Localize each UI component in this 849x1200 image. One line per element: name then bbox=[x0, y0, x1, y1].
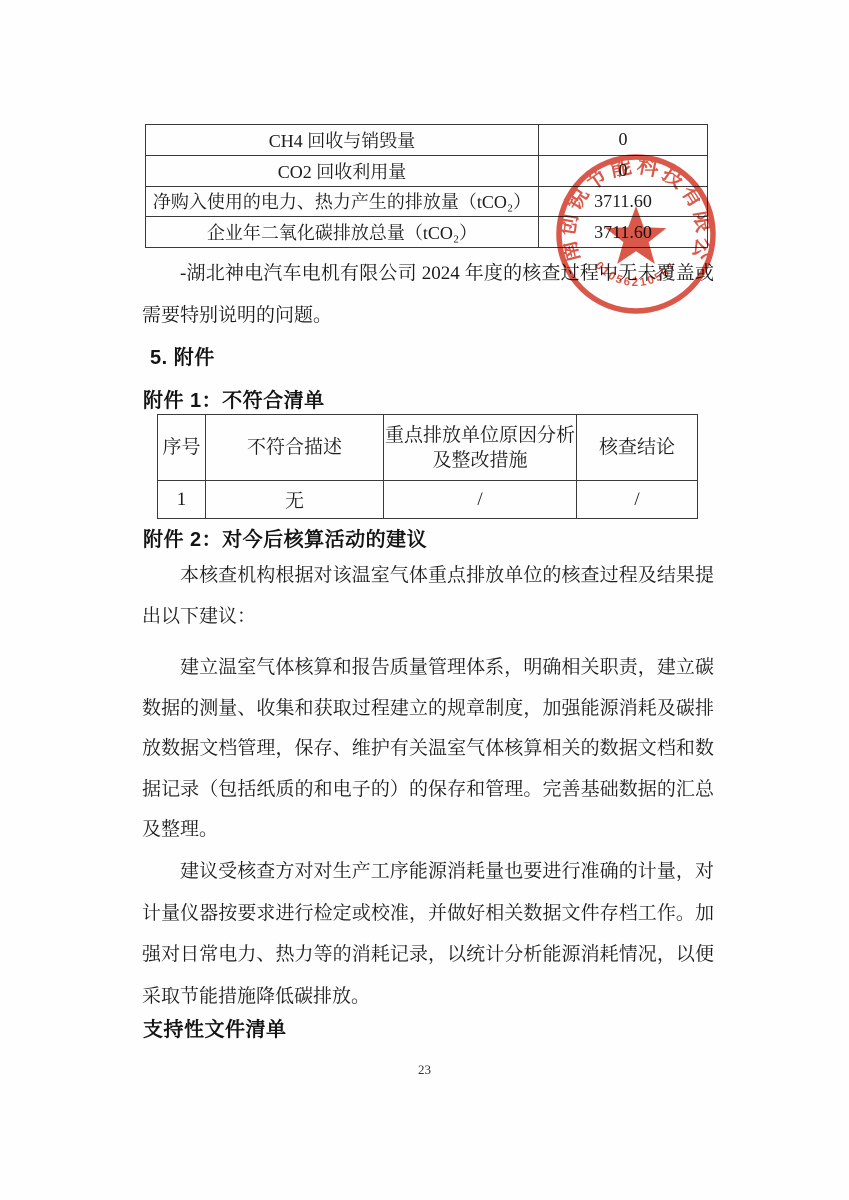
nc-row-conclusion: / bbox=[577, 481, 698, 519]
table-row: CO2 回收利用量 0 bbox=[146, 155, 708, 186]
emission-value-net-electricity-heat: 3711.60 bbox=[539, 186, 708, 217]
nc-col-analysis: 重点排放单位原因分析 及整改措施 bbox=[384, 415, 577, 481]
emission-value-co2-utilization: 0 bbox=[539, 155, 708, 186]
attachment-1-heading: 附件 1：不符合清单 bbox=[143, 384, 325, 413]
section-5-heading: 5. 附件 bbox=[150, 341, 215, 370]
emission-label-co2-utilization: CO2 回收利用量 bbox=[146, 155, 539, 186]
page-number: 23 bbox=[0, 1062, 849, 1078]
nc-col-description: 不符合描述 bbox=[206, 415, 384, 481]
nonconformity-table: 序号 不符合描述 重点排放单位原因分析 及整改措施 核查结论 1 无 / / bbox=[157, 414, 698, 519]
nc-col-conclusion: 核查结论 bbox=[577, 415, 698, 481]
nc-col-index: 序号 bbox=[158, 415, 206, 481]
attachment-2-suggestion-2: 建议受核查方对对生产工序能源消耗量也要进行准确的计量，对计量仪器按要求进行检定或… bbox=[142, 851, 714, 1017]
table-row: 1 无 / / bbox=[158, 481, 698, 519]
nc-row-analysis: / bbox=[384, 481, 577, 519]
attachment-2-heading: 附件 2：对今后核算活动的建议 bbox=[143, 523, 427, 552]
emission-value-ch4-recovery: 0 bbox=[539, 125, 708, 156]
table-row: 净购入使用的电力、热力产生的排放量（tCO₂） 3711.60 bbox=[146, 186, 708, 217]
supporting-documents-heading: 支持性文件清单 bbox=[143, 1013, 287, 1042]
emission-label-ch4-recovery: CH4 回收与销毁量 bbox=[146, 125, 539, 156]
coverage-note-paragraph: -湖北神电汽车电机有限公司 2024 年度的核查过程中无未覆盖或需要特别说明的问… bbox=[142, 253, 714, 337]
table-row: 企业年二氧化碳排放总量（tCO₂） 3711.60 bbox=[146, 217, 708, 248]
emission-value-total-co2: 3711.60 bbox=[539, 217, 708, 248]
emission-label-net-electricity-heat: 净购入使用的电力、热力产生的排放量（tCO₂） bbox=[146, 186, 539, 217]
nc-row-index: 1 bbox=[158, 481, 206, 519]
report-page: CH4 回收与销毁量 0 CO2 回收利用量 0 净购入使用的电力、热力产生的排… bbox=[0, 0, 849, 1200]
nc-row-description: 无 bbox=[206, 481, 384, 519]
table-header-row: 序号 不符合描述 重点排放单位原因分析 及整改措施 核查结论 bbox=[158, 415, 698, 481]
emissions-summary-table: CH4 回收与销毁量 0 CO2 回收利用量 0 净购入使用的电力、热力产生的排… bbox=[145, 124, 708, 248]
emission-label-total-co2: 企业年二氧化碳排放总量（tCO₂） bbox=[146, 217, 539, 248]
attachment-2-intro-paragraph: 本核查机构根据对该温室气体重点排放单位的核查过程及结果提出以下建议： bbox=[142, 555, 714, 637]
attachment-2-suggestion-1: 建立温室气体核算和报告质量管理体系，明确相关职责，建立碳数据的测量、收集和获取过… bbox=[142, 648, 714, 851]
table-row: CH4 回收与销毁量 0 bbox=[146, 125, 708, 156]
